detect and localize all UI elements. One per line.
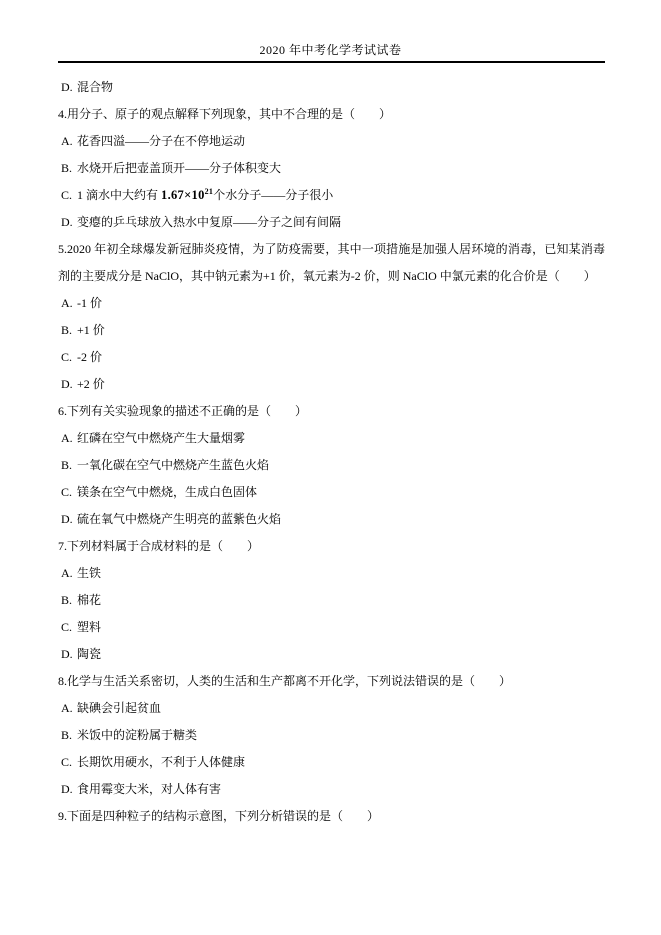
option-line: A.缺碘会引起贫血 xyxy=(58,695,605,722)
option-label: B. xyxy=(61,155,77,182)
option-text: 1 滴水中大约有 1.67×1021个水分子——分子很小 xyxy=(77,188,333,202)
option-line: C.塑料 xyxy=(58,614,605,641)
option-text: 生铁 xyxy=(77,566,101,580)
question-stem: 5.2020 年初全球爆发新冠肺炎疫情，为了防疫需要，其中一项措施是加强人居环境… xyxy=(58,236,605,290)
formula-exponent: 21 xyxy=(205,188,214,202)
question-stem: 9.下面是四种粒子的结构示意图，下列分析错误的是（ ） xyxy=(58,803,605,830)
option-text: 米饭中的淀粉属于糖类 xyxy=(77,728,197,742)
option-label: C. xyxy=(61,182,77,209)
option-line: B.+1 价 xyxy=(58,317,605,344)
option-label: B. xyxy=(61,722,77,749)
option-label: C. xyxy=(61,614,77,641)
option-line: C.-2 价 xyxy=(58,344,605,371)
question-stem: 8.化学与生活关系密切，人类的生活和生产都离不开化学，下列说法错误的是（ ） xyxy=(58,668,605,695)
option-text: 混合物 xyxy=(77,80,113,94)
option-label: D. xyxy=(61,209,77,236)
option-label: C. xyxy=(61,344,77,371)
formula-text: 1.67×10 xyxy=(161,188,205,202)
option-label: A. xyxy=(61,290,77,317)
option-text: 一氧化碳在空气中燃烧产生蓝色火焰 xyxy=(77,458,269,472)
option-label: B. xyxy=(61,317,77,344)
option-line: A.-1 价 xyxy=(58,290,605,317)
option-line: D.食用霉变大米，对人体有害 xyxy=(58,776,605,803)
option-line: A.花香四溢——分子在不停地运动 xyxy=(58,128,605,155)
option-text: 花香四溢——分子在不停地运动 xyxy=(77,134,245,148)
option-line: B.米饭中的淀粉属于糖类 xyxy=(58,722,605,749)
question-stem: 4.用分子、原子的观点解释下列现象，其中不合理的是（ ） xyxy=(58,101,605,128)
option-label: A. xyxy=(61,128,77,155)
option-text: 塑料 xyxy=(77,620,101,634)
exam-content: D.混合物 4.用分子、原子的观点解释下列现象，其中不合理的是（ ）A.花香四溢… xyxy=(58,74,605,830)
option-label: B. xyxy=(61,452,77,479)
option-label: D. xyxy=(61,506,77,533)
option-label: D. xyxy=(61,776,77,803)
option-label: A. xyxy=(61,695,77,722)
option-text: 变瘪的乒乓球放入热水中复原——分子之间有间隔 xyxy=(77,215,341,229)
option-line: C.镁条在空气中燃烧，生成白色固体 xyxy=(58,479,605,506)
option-text: 红磷在空气中燃烧产生大量烟雾 xyxy=(77,431,245,445)
option-text-part: 1 滴水中大约有 xyxy=(77,188,161,202)
option-label: D. xyxy=(61,74,77,101)
page-title: 2020 年中考化学考试试卷 xyxy=(0,42,661,58)
option-text: -2 价 xyxy=(77,350,102,364)
option-label: D. xyxy=(61,641,77,668)
option-text: +2 价 xyxy=(77,377,105,391)
option-text: -1 价 xyxy=(77,296,102,310)
option-text: 棉花 xyxy=(77,593,101,607)
option-line: B.一氧化碳在空气中燃烧产生蓝色火焰 xyxy=(58,452,605,479)
option-label: B. xyxy=(61,587,77,614)
option-text: 缺碘会引起贫血 xyxy=(77,701,161,715)
option-label: C. xyxy=(61,479,77,506)
option-label: D. xyxy=(61,371,77,398)
orphan-option-line: D.混合物 xyxy=(58,74,605,101)
question-stem: 7.下列材料属于合成材料的是（ ） xyxy=(58,533,605,560)
option-text-part: 个水分子——分子很小 xyxy=(213,188,333,202)
option-line: B.水烧开后把壶盖顶开——分子体积变大 xyxy=(58,155,605,182)
option-line: D.硫在氧气中燃烧产生明亮的蓝紫色火焰 xyxy=(58,506,605,533)
option-text: 食用霉变大米，对人体有害 xyxy=(77,782,221,796)
option-line: D.+2 价 xyxy=(58,371,605,398)
questions: 4.用分子、原子的观点解释下列现象，其中不合理的是（ ）A.花香四溢——分子在不… xyxy=(58,101,605,830)
option-line: C.1 滴水中大约有 1.67×1021个水分子——分子很小 xyxy=(58,182,605,209)
option-line: A.生铁 xyxy=(58,560,605,587)
option-label: A. xyxy=(61,560,77,587)
option-text: 长期饮用硬水，不利于人体健康 xyxy=(77,755,245,769)
option-line: C.长期饮用硬水，不利于人体健康 xyxy=(58,749,605,776)
option-text: 水烧开后把壶盖顶开——分子体积变大 xyxy=(77,161,281,175)
option-line: D.陶瓷 xyxy=(58,641,605,668)
option-line: D.变瘪的乒乓球放入热水中复原——分子之间有间隔 xyxy=(58,209,605,236)
option-label: C. xyxy=(61,749,77,776)
option-text: 硫在氧气中燃烧产生明亮的蓝紫色火焰 xyxy=(77,512,281,526)
option-text: +1 价 xyxy=(77,323,105,337)
option-label: A. xyxy=(61,425,77,452)
question-stem: 6.下列有关实验现象的描述不正确的是（ ） xyxy=(58,398,605,425)
exam-paper-page: 2020 年中考化学考试试卷 D.混合物 4.用分子、原子的观点解释下列现象，其… xyxy=(0,0,661,935)
option-text: 镁条在空气中燃烧，生成白色固体 xyxy=(77,485,257,499)
option-line: B.棉花 xyxy=(58,587,605,614)
title-divider xyxy=(58,61,605,63)
option-line: A.红磷在空气中燃烧产生大量烟雾 xyxy=(58,425,605,452)
option-text: 陶瓷 xyxy=(77,647,101,661)
